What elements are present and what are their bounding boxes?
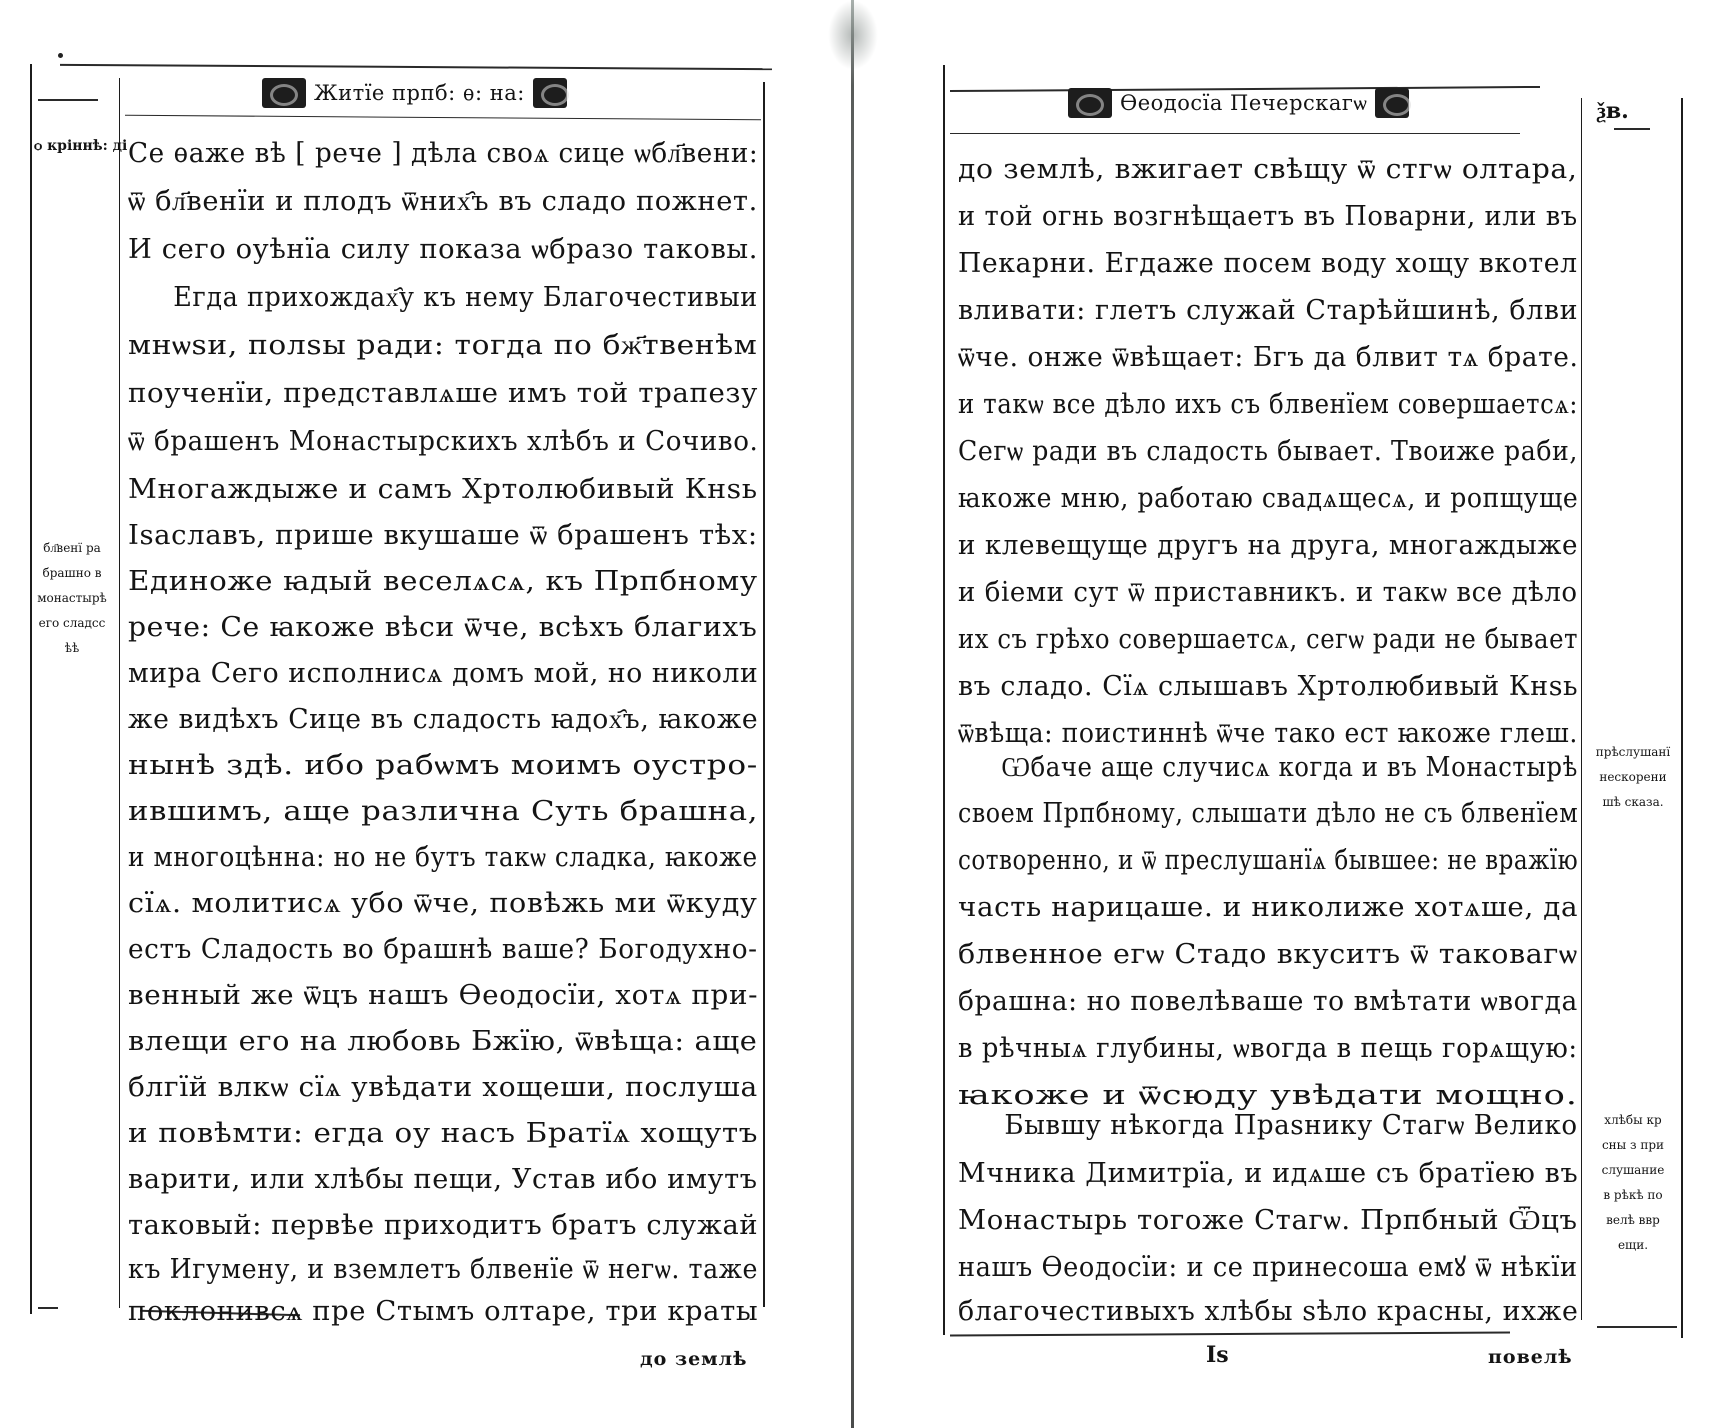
text-line: влещи его на любовь Бжїю, ѿвѣща: аще	[128, 1028, 757, 1055]
text-line: ѿвѣща: поистиннѣ ѿче тако ест ꙗкоже глеш…	[958, 720, 1578, 747]
text-line: в рѣчныѧ глубины, ѡвогда в пещь горѧщую:	[958, 1035, 1578, 1062]
text-line: же видѣхъ Сице въ сладость ꙗдох҄ъ, ꙗкоже	[128, 706, 758, 733]
right-outer-margin-line	[1681, 98, 1683, 1338]
left-top-rule	[60, 64, 772, 70]
text-line: мира Сего исполнисѧ домъ мой, но николи	[128, 660, 758, 687]
text-line: до землѣ, вжигает свѣщу ѿ стгѡ олтара,	[958, 156, 1577, 183]
text-line: Сегѡ ради въ сладость бывает. Твоиже раб…	[958, 438, 1578, 465]
text-line: венный же ѿцъ нашъ Ѳеодосїи, хотѧ при-	[128, 982, 758, 1009]
text-line: нынѣ здѣ. ибо рабѡмъ моимъ оустро-	[128, 752, 758, 779]
text-line: и повѣмти: егда оу насъ Братїѧ хощутъ	[128, 1120, 758, 1147]
quire-signature: Іѕ	[1206, 1342, 1229, 1368]
text-line: Монастырь тогоже Стагѡ. Прпбный Ѿцъ	[958, 1207, 1578, 1234]
text-line: ѿче. онже ѿвѣщает: Бгъ да блвит тѧ брате…	[958, 344, 1578, 371]
text-line: Іѕаславъ, прише вкушаше ѿ брашенъ тѣх:	[128, 522, 758, 549]
left-outer-frame-line	[30, 64, 32, 1314]
left-inner-frame-line	[763, 82, 765, 1307]
text-line: Единоже ꙗдый веселѧсѧ, къ Прпбному	[128, 568, 758, 595]
text-line: естъ Сладость во брашнѣ ваше? Богодухно-	[128, 936, 758, 963]
text-line: ѿ брашенъ Монастырскихъ хлѣбъ и Сочиво.	[128, 428, 758, 455]
text-line: поученїи, представлѧше имъ той трапезу	[128, 380, 758, 407]
right-margin-column-line	[1581, 98, 1582, 1320]
text-line: ившимъ, аще различна Суть брашна,	[128, 798, 758, 825]
book-spread: Житїе прпб: ѳ: на: ѻ кріннѣ: ді бл҃венї …	[0, 0, 1710, 1428]
running-header-title: Ѳеодосїа Печерскагѡ	[1120, 91, 1367, 116]
ornament-headpiece-icon	[533, 78, 567, 108]
text-line: И сего оуѣнїа силу показа ѡбразо таковы.	[128, 236, 758, 263]
margin-note-top: ѻ кріннѣ: ді	[34, 134, 127, 159]
running-header-title: Житїе прпб: ѳ: на:	[314, 81, 525, 105]
book-gutter	[851, 0, 854, 1428]
ink-dot	[58, 53, 63, 58]
text-line: ꙗкоже мню, работаю свадѧщесѧ, и ропщуще	[958, 485, 1578, 512]
right-margin-bottom-rule	[1597, 1326, 1677, 1328]
text-line: блвенное егѡ Стадо вкуситъ ѿ таковагѡ	[958, 941, 1578, 968]
margin-gloss: хлѣбы кр сны з при слушание в рѣкѣ по ве…	[1588, 1108, 1678, 1258]
text-line: и біеми сут ѿ приставникъ. и такѡ все дѣ…	[958, 579, 1578, 606]
text-line: нашъ Ѳеодосїи: и се принесоша емꙋ ѿ нѣкї…	[958, 1254, 1578, 1281]
right-catchword: повелѣ	[1488, 1346, 1573, 1368]
margin-gloss: бл҃венї ра брашно в монастырѣ его сладсс…	[32, 536, 112, 661]
text-line: сїѧ. молитисѧ убо ѿче, повѣжь ми ѿкуду	[128, 890, 757, 917]
ornament-headpiece-icon	[262, 78, 306, 108]
ornament-headpiece-icon	[1375, 88, 1409, 118]
text-line: варити, или хлѣбы пещи, Устав ибо имутъ	[128, 1166, 758, 1193]
text-line: сотворенно, и ѿ преслушанїѧ бывшее: не в…	[958, 847, 1578, 874]
text-line: и многоцѣнна: но не бутъ такѡ сладка, ꙗк…	[128, 844, 758, 871]
text-line: ѿ бл҃венїи и плодъ ѿних҄ъ въ сладо пожне…	[128, 188, 758, 215]
text-line: таковый: первѣе приходитъ братъ служай	[128, 1212, 758, 1239]
text-line: Бывшу нѣкогда Праѕнику Стагѡ Велико	[958, 1112, 1578, 1139]
text-line: и клевещуще другъ на друга, многаждыже	[958, 532, 1578, 559]
text-line: Ѡбаче аще случисѧ когда и въ Монастырѣ	[958, 754, 1578, 781]
left-header-bottom-rule	[125, 115, 761, 120]
text-line: Се ѳаже вѣ [ рече ] дѣла своѧ сице ѡбл҃в…	[128, 140, 758, 167]
text-line: своем Прпбному, слышати дѣло не съ блвен…	[958, 800, 1578, 827]
ornament-headpiece-icon	[1068, 88, 1112, 118]
right-running-header: Ѳеодосїа Печерскагѡ	[1068, 88, 1409, 118]
text-line: въ сладо. Сїѧ слышавъ Хртолюбивый Кнѕь	[958, 673, 1578, 700]
text-line: часть нарицаше. и николиже хотѧше, да	[958, 894, 1578, 921]
text-line: блгїй влкѡ сїѧ увѣдати хощеши, послуша	[128, 1074, 758, 1101]
text-line: Пекарни. Егдаже посем воду хощу вкотел	[958, 250, 1578, 277]
text-line: Мчника Димитрїа, и идѧше съ братїею въ	[958, 1160, 1578, 1187]
left-running-header: Житїе прпб: ѳ: на:	[262, 78, 567, 108]
margin-gloss: прѣслушанї нескорени шѣ сказа.	[1588, 740, 1678, 815]
right-folio-underline	[1614, 128, 1650, 130]
right-outer-frame-line	[943, 65, 945, 1335]
text-line: вливати: глетъ служай Старѣйшинѣ, блви	[958, 297, 1578, 324]
left-catchword: до землѣ	[640, 1348, 747, 1370]
text-line: Многаждыже и самъ Хртолюбивый Кнѕь	[128, 476, 758, 503]
text-line: рече: Се ꙗкоже вѣси ѿче, всѣхъ благихъ	[128, 614, 757, 641]
text-line: брашна: но повелѣваше то вмѣтати ѡвогда	[958, 988, 1578, 1015]
folio-number: ѯв.	[1597, 98, 1629, 124]
left-bottom-rule	[38, 1307, 58, 1309]
text-line: их съ грѣхо совершаетсѧ, сегѡ ради не бы…	[958, 626, 1578, 653]
text-line: къ Игумену, и вземлетъ блвенїе ѿ негѡ. т…	[128, 1256, 758, 1283]
right-header-bottom-rule	[950, 133, 1520, 134]
right-bottom-rule	[950, 1332, 1510, 1337]
text-line: мнѡѕи, полѕы ради: тогда по бж҃твенѣм	[128, 332, 757, 359]
text-line: ꙗкоже и ѿсюду увѣдати мощно.	[958, 1082, 1578, 1109]
text-line: благочестивыхъ хлѣбы ѕѣло красны, ихже	[958, 1298, 1578, 1325]
text-line: поклонивсѧ пре Стымъ олтаре, три краты	[128, 1298, 758, 1325]
text-line: и той огнь возгнѣщаетъ въ Поварни, или в…	[958, 203, 1578, 230]
left-margin-short-rule	[38, 99, 98, 101]
text-line: Егда прихождах҄у къ нему Благочестивыи	[128, 284, 758, 311]
text-line: и такѡ все дѣло ихъ съ блвенїем совершае…	[958, 391, 1578, 418]
left-margin-column-line	[119, 78, 120, 1308]
